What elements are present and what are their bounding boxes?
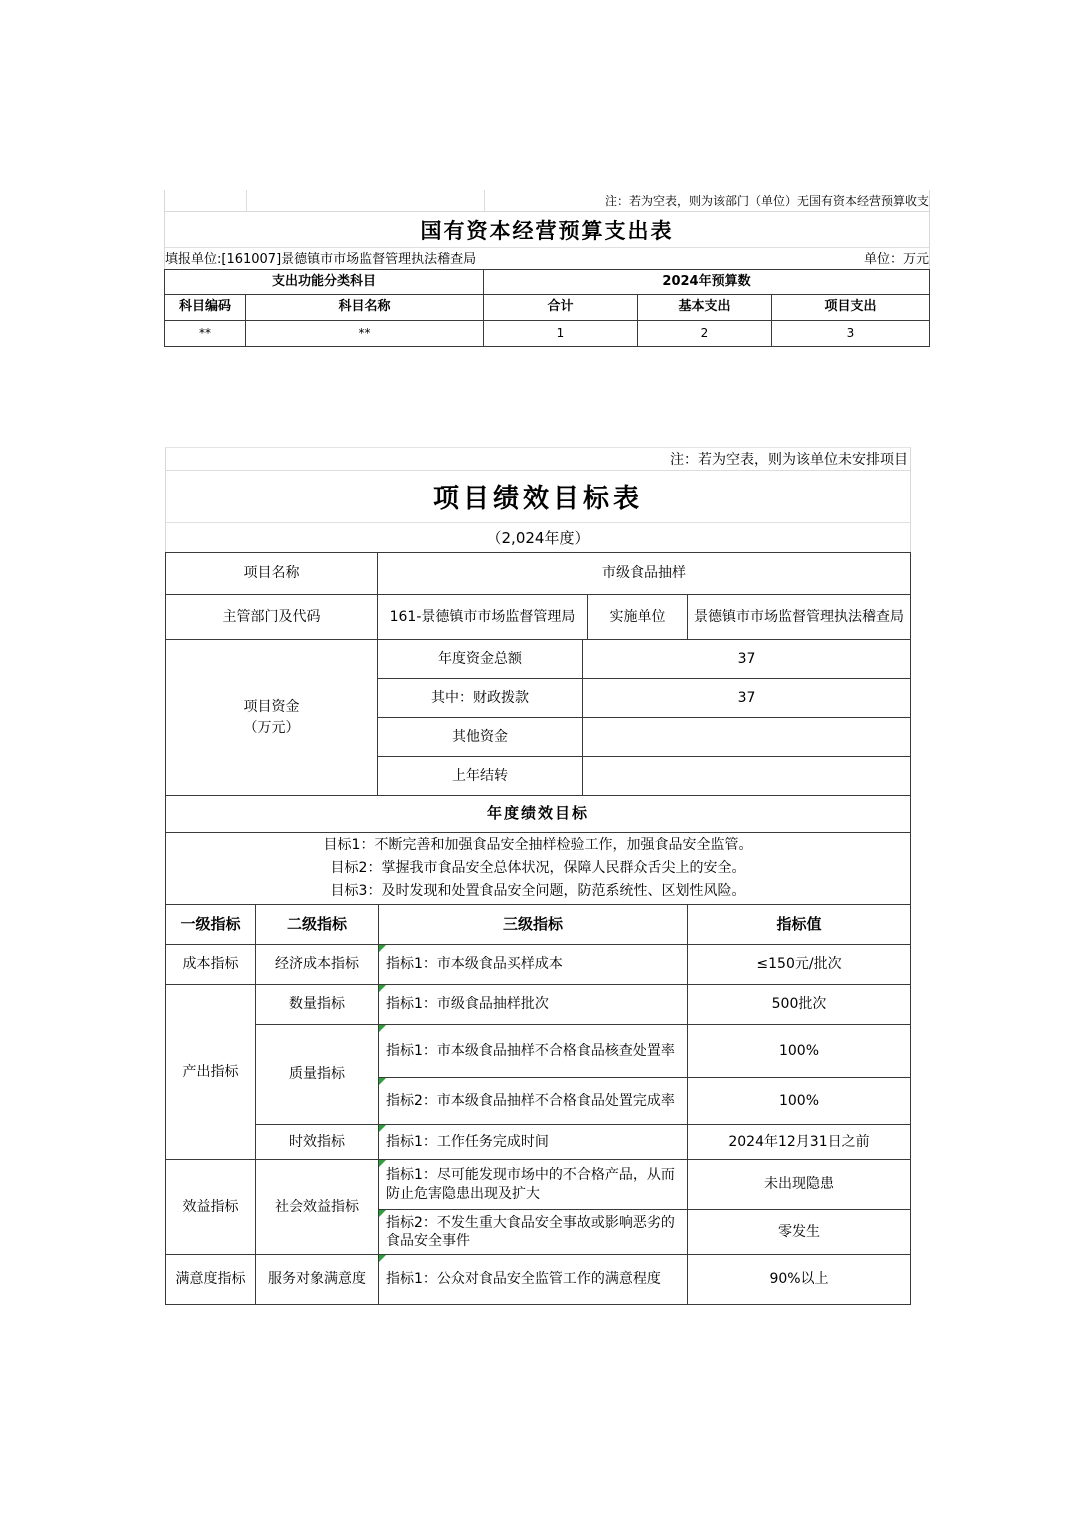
gridline bbox=[246, 190, 247, 211]
col-subject-name: 科目名称 bbox=[246, 295, 484, 321]
col-total: 合计 bbox=[484, 295, 638, 321]
quality-l3a: 指标1：市本级食品抽样不合格食品核查处置率 bbox=[379, 1025, 688, 1078]
comment-flag-icon bbox=[379, 1210, 386, 1217]
cost-l2: 经济成本指标 bbox=[256, 945, 379, 985]
benefit-subrows: 指标1：尽可能发现市场中的不合格产品，从而防止危害隐患出现及扩大 未出现隐患 指… bbox=[379, 1160, 911, 1255]
fund-other-label: 其他资金 bbox=[378, 718, 583, 757]
social-value-b: 零发生 bbox=[688, 1210, 911, 1255]
col-project-expense: 项目支出 bbox=[772, 295, 930, 321]
output-indicator-group: 产出指标 数量指标 指标1：市级食品抽样批次 500批次 质量指标 bbox=[166, 985, 911, 1160]
fund-row-fiscal: 其中：财政拨款 37 bbox=[378, 679, 911, 718]
goal-3: 目标3：及时发现和处置食品安全问题，防范系统性、区划性风险。 bbox=[331, 880, 746, 903]
satisfaction-l1: 满意度指标 bbox=[166, 1255, 256, 1305]
reporting-unit-text: 填报单位:[161007]景德镇市市场监督管理执法稽查局 bbox=[165, 248, 476, 267]
quality-value-b: 100% bbox=[688, 1078, 911, 1125]
benefit-l1: 效益指标 bbox=[166, 1160, 256, 1255]
cell-basic-expense: 2 bbox=[638, 321, 772, 347]
satisfaction-indicator-row: 满意度指标 服务对象满意度 指标1：公众对食品安全监管工作的满意程度 90%以上 bbox=[166, 1255, 911, 1305]
cost-l3: 指标1：市本级食品买样成本 bbox=[379, 945, 688, 985]
project-fund-group: 项目资金 （万元） 年度资金总额 37 其中：财政拨款 37 其他资金 bbox=[166, 640, 911, 796]
social-row-1: 指标1：尽可能发现市场中的不合格产品，从而防止危害隐患出现及扩大 未出现隐患 bbox=[379, 1160, 911, 1210]
project-name-row: 项目名称 市级食品抽样 bbox=[166, 553, 911, 595]
benefit-indicator-group: 效益指标 社会效益指标 指标1：尽可能发现市场中的不合格产品，从而防止危害隐患出… bbox=[166, 1160, 911, 1255]
col-indicator-value: 指标值 bbox=[688, 905, 911, 945]
comment-flag-icon bbox=[379, 1078, 386, 1085]
budget-header-group-row: 支出功能分类科目 2024年预算数 bbox=[165, 270, 930, 295]
cost-l1: 成本指标 bbox=[166, 945, 256, 985]
header-expense-function: 支出功能分类科目 bbox=[165, 270, 484, 295]
quality-indicator-group: 质量指标 指标1：市本级食品抽样不合格食品核查处置率 100% bbox=[256, 1025, 911, 1125]
impl-unit-label: 实施单位 bbox=[588, 595, 688, 640]
quality-subrows: 指标1：市本级食品抽样不合格食品核查处置率 100% 指标2：市本级食品抽样不合… bbox=[379, 1025, 911, 1125]
quality-row-1: 指标1：市本级食品抽样不合格食品核查处置率 100% bbox=[379, 1025, 911, 1078]
performance-note-text: 注：若为空表，则为该单位未安排项目 bbox=[670, 449, 908, 469]
page: 注：若为空表，则为该部门（单位）无国有资本经营预算收支 国有资本经营预算支出表 … bbox=[0, 0, 1074, 1520]
quality-l3b: 指标2：市本级食品抽样不合格食品处置完成率 bbox=[379, 1078, 688, 1125]
budget-table-preamble: 注：若为空表，则为该部门（单位）无国有资本经营预算收支 国有资本经营预算支出表 … bbox=[164, 190, 930, 269]
annual-goal-header-row: 年度绩效目标 bbox=[166, 796, 911, 833]
fund-carryover-value bbox=[583, 757, 911, 796]
fund-row-other: 其他资金 bbox=[378, 718, 911, 757]
header-2024-budget: 2024年预算数 bbox=[484, 270, 930, 295]
dept-label: 主管部门及代码 bbox=[166, 595, 378, 640]
col-level3-indicator: 三级指标 bbox=[379, 905, 688, 945]
time-l3: 指标1：工作任务完成时间 bbox=[379, 1125, 688, 1160]
annual-goal-title: 年度绩效目标 bbox=[166, 796, 911, 833]
fund-row-carryover: 上年结转 bbox=[378, 757, 911, 796]
budget-grid: 支出功能分类科目 2024年预算数 科目编码 科目名称 合计 基本支出 项目支出… bbox=[164, 269, 930, 347]
quantity-indicator-row: 数量指标 指标1：市级食品抽样批次 500批次 bbox=[256, 985, 911, 1025]
quality-l2: 质量指标 bbox=[256, 1025, 379, 1125]
social-l2: 社会效益指标 bbox=[256, 1160, 379, 1255]
annual-goals-text: 目标1：不断完善和加强食品安全抽样检验工作，加强食品安全监管。 目标2：掌握我市… bbox=[166, 833, 911, 905]
budget-data-row: ** ** 1 2 3 bbox=[165, 321, 930, 347]
quality-row-2: 指标2：市本级食品抽样不合格食品处置完成率 100% bbox=[379, 1078, 911, 1125]
time-indicator-row: 时效指标 指标1：工作任务完成时间 2024年12月31日之前 bbox=[256, 1125, 911, 1160]
time-l2: 时效指标 bbox=[256, 1125, 379, 1160]
gridline bbox=[484, 190, 485, 211]
output-l1: 产出指标 bbox=[166, 985, 256, 1160]
budget-table-title: 国有资本经营预算支出表 bbox=[165, 212, 929, 248]
fund-other-value bbox=[583, 718, 911, 757]
fund-label-line2: （万元） bbox=[244, 718, 300, 739]
social-row-2: 指标2：不发生重大食品安全事故或影响恶劣的食品安全事件 零发生 bbox=[379, 1210, 911, 1255]
col-subject-code: 科目编码 bbox=[165, 295, 246, 321]
department-row: 主管部门及代码 161-景德镇市市场监督管理局 实施单位 景德镇市市场监督管理执… bbox=[166, 595, 911, 640]
comment-flag-icon bbox=[379, 1255, 386, 1262]
quantity-l2: 数量指标 bbox=[256, 985, 379, 1025]
col-basic-expense: 基本支出 bbox=[638, 295, 772, 321]
comment-flag-icon bbox=[379, 945, 386, 952]
fund-fiscal-label: 其中：财政拨款 bbox=[378, 679, 583, 718]
col-level2-indicator: 二级指标 bbox=[256, 905, 379, 945]
project-name-value: 市级食品抽样 bbox=[378, 553, 911, 595]
goal-2: 目标2：掌握我市食品安全总体状况，保障人民群众舌尖上的安全。 bbox=[331, 857, 746, 880]
indicator-header-row: 一级指标 二级指标 三级指标 指标值 bbox=[166, 905, 911, 945]
comment-flag-icon bbox=[379, 1160, 386, 1167]
comment-flag-icon bbox=[379, 1025, 386, 1032]
social-l3b: 指标2：不发生重大食品安全事故或影响恶劣的食品安全事件 bbox=[379, 1210, 688, 1255]
cost-value: ≤150元/批次 bbox=[688, 945, 911, 985]
performance-table-note: 注：若为空表，则为该单位未安排项目 bbox=[166, 448, 910, 471]
cell-subject-code: ** bbox=[165, 321, 246, 347]
social-l3a: 指标1：尽可能发现市场中的不合格产品，从而防止危害隐患出现及扩大 bbox=[379, 1160, 688, 1210]
budget-table-unit-row: 填报单位:[161007]景德镇市市场监督管理执法稽查局 单位：万元 bbox=[165, 248, 929, 269]
project-name-label: 项目名称 bbox=[166, 553, 378, 595]
project-performance-table: 注：若为空表，则为该单位未安排项目 项目绩效目标表 （2,024年度） 项目名称… bbox=[165, 447, 911, 1305]
performance-table-preamble: 注：若为空表，则为该单位未安排项目 项目绩效目标表 （2,024年度） bbox=[165, 447, 911, 552]
cell-subject-name: ** bbox=[246, 321, 484, 347]
goal-1: 目标1：不断完善和加强食品安全抽样检验工作，加强食品安全监管。 bbox=[324, 834, 753, 857]
unit-of-measure-text: 单位：万元 bbox=[864, 248, 929, 267]
satisfaction-l2: 服务对象满意度 bbox=[256, 1255, 379, 1305]
fund-carryover-label: 上年结转 bbox=[378, 757, 583, 796]
fund-rows: 年度资金总额 37 其中：财政拨款 37 其他资金 上年结转 bbox=[378, 640, 911, 796]
annual-goals-row: 目标1：不断完善和加强食品安全抽样检验工作，加强食品安全监管。 目标2：掌握我市… bbox=[166, 833, 911, 905]
cell-project-expense: 3 bbox=[772, 321, 930, 347]
comment-flag-icon bbox=[379, 1125, 386, 1132]
fund-total-value: 37 bbox=[583, 640, 911, 679]
fund-fiscal-value: 37 bbox=[583, 679, 911, 718]
fund-label-line1: 项目资金 bbox=[244, 697, 300, 718]
fund-total-label: 年度资金总额 bbox=[378, 640, 583, 679]
satisfaction-value: 90%以上 bbox=[688, 1255, 911, 1305]
comment-flag-icon bbox=[379, 985, 386, 992]
performance-grid: 项目名称 市级食品抽样 主管部门及代码 161-景德镇市市场监督管理局 实施单位… bbox=[165, 552, 911, 1305]
quantity-l3: 指标1：市级食品抽样批次 bbox=[379, 985, 688, 1025]
cell-total: 1 bbox=[484, 321, 638, 347]
budget-column-header-row: 科目编码 科目名称 合计 基本支出 项目支出 bbox=[165, 295, 930, 321]
col-level1-indicator: 一级指标 bbox=[166, 905, 256, 945]
impl-unit-value: 景德镇市市场监督管理执法稽查局 bbox=[688, 595, 911, 640]
quality-value-a: 100% bbox=[688, 1025, 911, 1078]
fund-row-total: 年度资金总额 37 bbox=[378, 640, 911, 679]
performance-table-year: （2,024年度） bbox=[166, 523, 910, 552]
state-capital-budget-table: 注：若为空表，则为该部门（单位）无国有资本经营预算收支 国有资本经营预算支出表 … bbox=[164, 190, 930, 347]
quantity-value: 500批次 bbox=[688, 985, 911, 1025]
fund-group-label: 项目资金 （万元） bbox=[166, 640, 378, 796]
cost-indicator-row: 成本指标 经济成本指标 指标1：市本级食品买样成本 ≤150元/批次 bbox=[166, 945, 911, 985]
budget-table-note: 注：若为空表，则为该部门（单位）无国有资本经营预算收支 bbox=[165, 190, 929, 212]
output-subrows: 数量指标 指标1：市级食品抽样批次 500批次 质量指标 bbox=[256, 985, 911, 1160]
social-value-a: 未出现隐患 bbox=[688, 1160, 911, 1210]
budget-note-text: 注：若为空表，则为该部门（单位）无国有资本经营预算收支 bbox=[605, 192, 929, 209]
performance-table-title: 项目绩效目标表 bbox=[166, 471, 910, 523]
dept-value: 161-景德镇市市场监督管理局 bbox=[378, 595, 588, 640]
satisfaction-l3: 指标1：公众对食品安全监管工作的满意程度 bbox=[379, 1255, 688, 1305]
time-value: 2024年12月31日之前 bbox=[688, 1125, 911, 1160]
